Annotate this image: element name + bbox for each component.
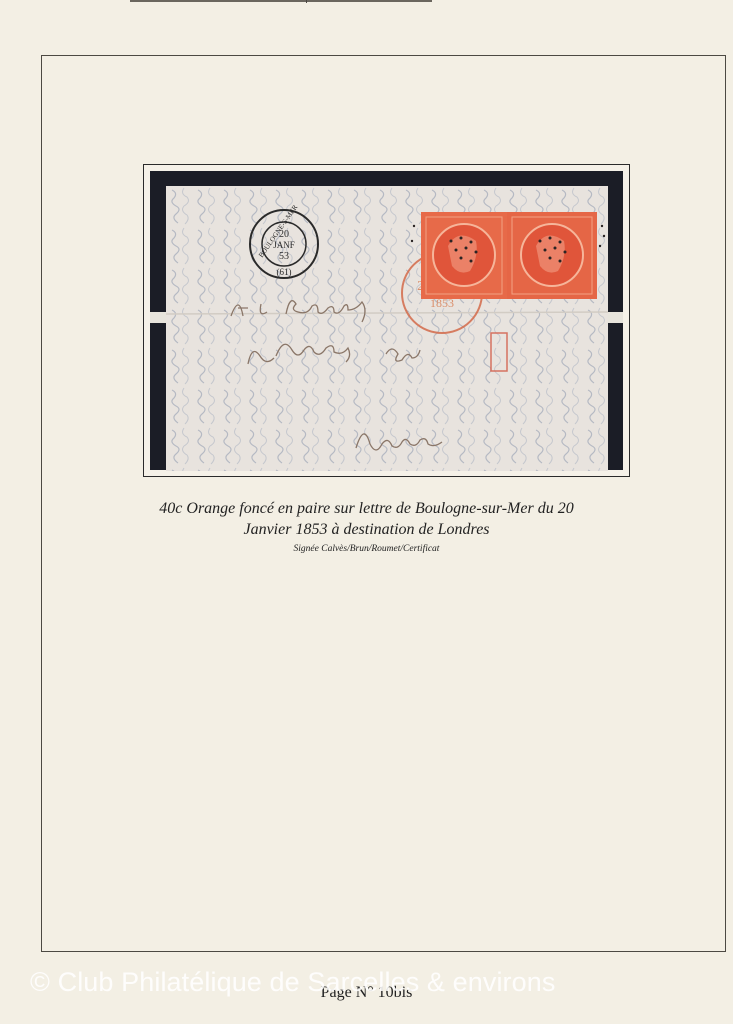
exhibit-caption: 40c Orange foncé en paire sur lettre de … [0, 498, 733, 556]
copyright-watermark: © Club Philatélique de Sarcelles & envir… [30, 967, 555, 998]
cover-letter-illustration: 20 JANF 53 (61) BOULOGNE-S-MER 21 JA 53 … [166, 186, 608, 471]
svg-text:(61): (61) [277, 267, 292, 277]
black-mount-backing: 20 JANF 53 (61) BOULOGNE-S-MER 21 JA 53 … [150, 171, 623, 470]
svg-text:53: 53 [279, 251, 289, 262]
exhibit-mount: 20 JANF 53 (61) BOULOGNE-S-MER 21 JA 53 … [143, 164, 630, 477]
caption-subtitle: Janvier 1853 à destination de Londres [0, 519, 733, 540]
caption-signatures: Signée Calvès/Brun/Roumet/Certificat [0, 542, 733, 556]
cover-letter-image: 20 JANF 53 (61) BOULOGNE-S-MER 21 JA 53 … [166, 186, 608, 471]
caption-title: 40c Orange foncé en paire sur lettre de … [0, 498, 733, 519]
svg-text:JANF: JANF [273, 240, 295, 250]
previous-page-edge [130, 0, 432, 2]
stamp-pair-icon [411, 212, 605, 299]
